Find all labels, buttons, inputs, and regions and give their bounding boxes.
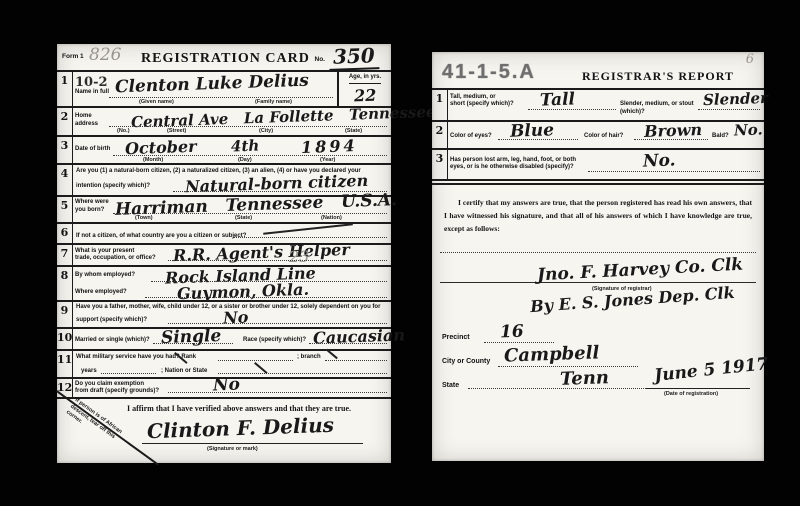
married-single-value: Single (161, 326, 222, 348)
home-address-label: Home address (75, 113, 109, 128)
row-number: 1 (432, 90, 448, 120)
bald-value: No. (734, 121, 763, 140)
birth-day-value: 4th (231, 137, 260, 156)
dotted-line (109, 97, 333, 98)
pen-check-stroke (254, 362, 267, 373)
height-label-line2: short (specify which)? (450, 101, 514, 109)
row-trade: 7 What is your present trade, occupation… (57, 245, 391, 267)
registration-card: Form 1 826 REGISTRATION CARD No. 350 1 1… (57, 44, 391, 463)
dotted-line (168, 392, 387, 393)
city-county-label: City or County (442, 358, 490, 367)
signature-sublabel: (Signature or mark) (207, 446, 258, 453)
city-sublabel: (City) (259, 128, 273, 135)
no-label: No. (315, 56, 325, 64)
row-number: 11 (57, 351, 73, 377)
report-header: 41-1-5.A REGISTRAR'S REPORT 6 (432, 52, 764, 90)
year-sublabel: (Year) (320, 157, 335, 164)
dotted-line (109, 126, 387, 127)
dotted-line (588, 171, 760, 172)
row-number: 8 (57, 267, 73, 300)
row-dependents: 9 Have you a father, mother, wife, child… (57, 302, 391, 329)
dependents-label-line2: support (specify which)? (76, 317, 147, 325)
disability-value: No. (643, 150, 676, 171)
card-title: REGISTRATION CARD (141, 51, 310, 67)
row-number: 2 (432, 122, 448, 148)
registration-date-sublabel: (Date of registration) (664, 391, 718, 398)
dotted-line (309, 343, 387, 344)
birth-year-value: 1894 (301, 136, 358, 157)
dotted-line (468, 388, 658, 389)
by-whom-employed-label: By whom employed? (75, 272, 135, 280)
state-value: Tenn (560, 367, 610, 390)
affirmation-text: I affirm that I have verified above answ… (97, 404, 381, 413)
registration-card-header: Form 1 826 REGISTRATION CARD No. 350 (57, 44, 391, 72)
row-home-address: 2 Home address Central Ave La Follette T… (57, 108, 391, 137)
citizenship-label-line2: intention (specify which)? (76, 183, 150, 191)
race-label: Race (specify which)? (243, 337, 306, 345)
row-number: 2 (57, 108, 73, 135)
dotted-line (218, 360, 293, 361)
handwritten-form-number: 826 (89, 45, 121, 65)
registrars-report-card: 41-1-5.A REGISTRAR'S REPORT 6 1 Tall, me… (432, 52, 764, 461)
row-exemption: 12 Do you claim exemption from draft (sp… (57, 379, 391, 399)
exemption-label-line2: from draft (specify grounds)? (75, 388, 159, 396)
form-label: Form 1 (62, 53, 84, 61)
age-value: 22 (354, 85, 377, 105)
row-number: 6 (57, 224, 73, 243)
row-disability: 3 Has person lost arm, leg, hand, foot, … (432, 150, 764, 185)
pen-check-stroke (326, 349, 338, 359)
where-employed-label: Where employed? (75, 289, 127, 297)
branch-label: ; branch (297, 354, 321, 362)
row-number: 1 (57, 72, 73, 106)
state-sublabel: (State) (235, 215, 252, 222)
row-number: 3 (57, 137, 73, 163)
dotted-line (145, 297, 387, 298)
dotted-line (218, 373, 387, 374)
city-county-value: Campbell (504, 342, 600, 366)
stamp-overlay: 10-2 (75, 75, 108, 90)
row-where-born: 5 Where were you born? Harriman Tennesse… (57, 197, 391, 224)
dotted-line (634, 139, 708, 140)
scanned-document-page: Form 1 826 REGISTRATION CARD No. 350 1 1… (0, 0, 800, 506)
given-name-sublabel: (Given name) (139, 99, 174, 106)
dotted-line (153, 343, 233, 344)
dotted-line (498, 366, 638, 367)
dotted-line (528, 109, 616, 110)
dotted-line (168, 260, 387, 261)
build-label: Slender, medium, or stout (which)? (620, 101, 696, 116)
state-label: State (442, 382, 459, 391)
row-date-of-birth: 3 Date of birth October 4th 1894 (Month)… (57, 137, 391, 165)
race-value: Caucasian (313, 325, 406, 347)
hair-value: Brown (644, 120, 703, 141)
dotted-line (233, 237, 387, 238)
dotted-line (101, 373, 156, 374)
row-number: 7 (57, 245, 73, 265)
date-of-birth-label: Date of birth (75, 146, 110, 154)
pen-flourish-stroke (263, 223, 353, 234)
name-value: Clenton Luke Delius (115, 71, 309, 98)
years-label: years (81, 368, 97, 376)
married-single-label: Married or single (which)? (75, 337, 150, 345)
row-number: 10 (57, 329, 73, 349)
state-sublabel: (State) (345, 128, 362, 135)
row-number: 9 (57, 302, 73, 327)
nation-sublabel: (Nation) (321, 215, 342, 222)
row-number: 4 (57, 165, 73, 195)
hair-label: Color of hair? (584, 133, 623, 141)
not-citizen-label: If not a citizen, of what country are yo… (76, 233, 246, 241)
report-title: REGISTRAR'S REPORT (582, 69, 734, 84)
pencil-corner-mark: 6 (746, 52, 754, 67)
date-line (646, 388, 750, 389)
row-build: 1 Tall, medium, or short (specify which)… (432, 90, 764, 122)
where-born-label: Where were you born? (75, 199, 113, 214)
age-label: Age, in yrs. (349, 74, 381, 84)
dotted-line (113, 213, 387, 214)
dotted-line (440, 252, 756, 253)
family-name-sublabel: (Family name) (255, 99, 292, 106)
dotted-line (484, 342, 554, 343)
dotted-line (498, 139, 578, 140)
row-number: 3 (432, 150, 448, 179)
precinct-value: 16 (500, 322, 524, 343)
certification-text: I certify that my answers are true, that… (432, 185, 764, 235)
height-value: Tall (540, 89, 576, 110)
handwritten-card-number: 350 (329, 43, 380, 71)
month-sublabel: (Month) (143, 157, 163, 164)
registration-date-value: June 5 1917 (653, 354, 769, 386)
dependents-value: No (223, 308, 249, 328)
town-sublabel: (Town) (135, 215, 153, 222)
dotted-line (325, 360, 387, 361)
dotted-line (168, 323, 387, 324)
name-label: Name in full (75, 89, 109, 97)
row-name-in-full: 1 10-2 Name in full Clenton Luke Delius … (57, 72, 391, 108)
day-sublabel: (Day) (238, 157, 252, 164)
row-eyes-hair: 2 Color of eyes? Blue Color of hair? Bro… (432, 122, 764, 150)
registrant-signature: Clinton F. Delius (147, 413, 335, 444)
registrar-signature: Jno. F. Harvey Co. Clk (537, 255, 744, 286)
precinct-label: Precinct (442, 334, 470, 343)
dotted-line (113, 155, 387, 156)
eyes-label: Color of eyes? (450, 133, 492, 141)
build-value: Slender (703, 89, 769, 109)
row-employer: 8 By whom employed? Rock Island Line Whe… (57, 267, 391, 302)
row-number: 5 (57, 197, 73, 222)
signature-line (142, 443, 363, 444)
age-cell: Age, in yrs. 22 (337, 72, 391, 106)
nation-or-state-label: ; Nation or State (161, 368, 207, 376)
dotted-line (698, 109, 760, 110)
where-employed-value: Guymon, Okla. (177, 280, 310, 304)
no-sublabel: (No.) (117, 128, 130, 135)
form-stamp: 41-1-5.A (442, 61, 536, 84)
trade-label-line2: trade, occupation, or office? (75, 255, 156, 263)
disability-label-line2: eyes, or is he otherwise disabled (speci… (450, 164, 574, 172)
bald-label: Bald? (712, 133, 729, 141)
street-sublabel: (Street) (167, 128, 186, 135)
row-married-race: 10 Married or single (which)? Single Rac… (57, 329, 391, 351)
